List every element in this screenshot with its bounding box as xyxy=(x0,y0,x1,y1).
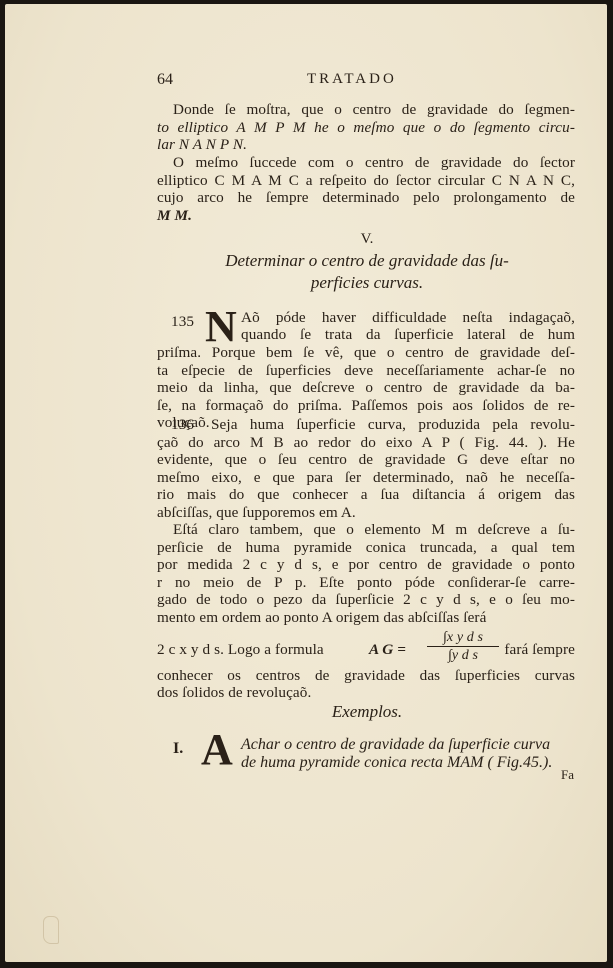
section-title-line: Determinar o centro de gravidade das ſu- xyxy=(157,250,577,272)
formula-denominator: ∫y d s xyxy=(427,647,499,665)
formula-numerator: ∫x y d s xyxy=(427,629,499,648)
paragraph-136: 136 Seja huma ſuperficie curva, produzid… xyxy=(157,416,575,522)
text-line: to elliptico A M P M he o meſmo que o do… xyxy=(157,119,575,137)
section-title-line: perficies curvas. xyxy=(157,272,577,294)
example-number: I. xyxy=(173,740,183,758)
text-line: perſicie de huma pyramide conica truncad… xyxy=(157,539,575,557)
text-line: por medida 2 c y d s, e por centro de gr… xyxy=(157,556,575,574)
formula-lead-text: 2 c x y d s. Logo a formula xyxy=(157,641,324,659)
text-line: rio mais do que conhecer a ſua diſtancia… xyxy=(157,486,575,504)
dropcap: N xyxy=(205,307,237,347)
paragraph-conclusion: Donde ſe moſtra, que o centro de gravida… xyxy=(157,101,575,154)
text-line: dos ſolidos de revoluçaõ. xyxy=(157,684,575,702)
paragraph-number: 135 xyxy=(171,313,194,331)
text-line: gado de todo o pezo da ſuperſicie 2 c y … xyxy=(157,591,575,609)
text-line: ſe, na formaçaõ do priſma. Paſſemos pois… xyxy=(157,397,575,415)
text-line: mento em ordem ao ponto A origem das abſ… xyxy=(157,609,575,627)
running-title: TRATADO xyxy=(307,71,397,88)
text-line: evidente, que o ſeu centro de gravidade … xyxy=(157,451,575,469)
text-line: Aõ póde haver difficuldade neſta indagaç… xyxy=(241,309,575,327)
paragraph-number: 136 xyxy=(157,416,211,434)
page-header: 64 TRATADO xyxy=(157,71,577,91)
text-line: Seja huma ſuperficie curva, produzida pe… xyxy=(211,416,575,434)
examples-heading: Exemplos. xyxy=(157,702,577,722)
paragraph-element: Eſtá claro tambem, que o elemento M m de… xyxy=(157,521,575,702)
text-line: abſciſſas, que ſupporemos em A. xyxy=(157,504,575,522)
paragraph-sector: O meſmo ſuccede com o centro de gravidad… xyxy=(157,154,575,224)
text-line: meio da linha, que deſcreve o centro de … xyxy=(157,379,575,397)
text-line: de huma pyramide conica recta MAM ( Fig.… xyxy=(241,754,552,772)
text-line: Donde ſe moſtra, que o centro de gravida… xyxy=(157,101,575,119)
formula-trail-text: fará ſempre xyxy=(504,641,575,659)
text-line: ta eſpecie de ſuperficies deve neceſſari… xyxy=(157,362,575,380)
text-line: M M. xyxy=(157,207,575,225)
text-line: cujo arco he ſempre determinado pelo pro… xyxy=(157,189,575,207)
formula-lhs: A G = xyxy=(369,641,406,659)
text-line: conhecer os centros de gravidade das ſup… xyxy=(157,667,575,685)
text-line: Eſtá claro tambem, que o elemento M m de… xyxy=(157,521,575,539)
formula-line: 2 c x y d s. Logo a formula A G = ∫x y d… xyxy=(157,633,575,667)
text-line: O meſmo ſuccede com o centro de gravidad… xyxy=(157,154,575,172)
section-number: V. xyxy=(157,231,577,248)
text-line: meſmo eixo, e que para ſer determinado, … xyxy=(157,469,575,487)
paragraph-135: 135 N Aõ póde haver difficuldade neſta i… xyxy=(157,309,575,432)
section-title: Determinar o centro de gravidade das ſu-… xyxy=(157,250,577,294)
text-line: r no meio de P p. Eſte ponto póde conſid… xyxy=(157,574,575,592)
text-line: quando ſe trata da ſuperficie lateral de… xyxy=(241,326,575,344)
text-line: lar N A N P N. xyxy=(157,136,575,154)
dropcap: A xyxy=(201,730,233,770)
text-line: çaõ do arco M B ao redor do eixo A P ( F… xyxy=(157,434,575,452)
text-line: elliptico C M A M C a reſpeito do ſector… xyxy=(157,172,575,190)
catchword: Fa xyxy=(561,767,574,783)
text-line: Achar o centro de gravidade da ſuperfici… xyxy=(241,736,581,754)
page-blemish xyxy=(43,916,59,944)
page-number: 64 xyxy=(157,71,173,89)
book-page: 64 TRATADO Donde ſe moſtra, que o centro… xyxy=(5,4,607,962)
